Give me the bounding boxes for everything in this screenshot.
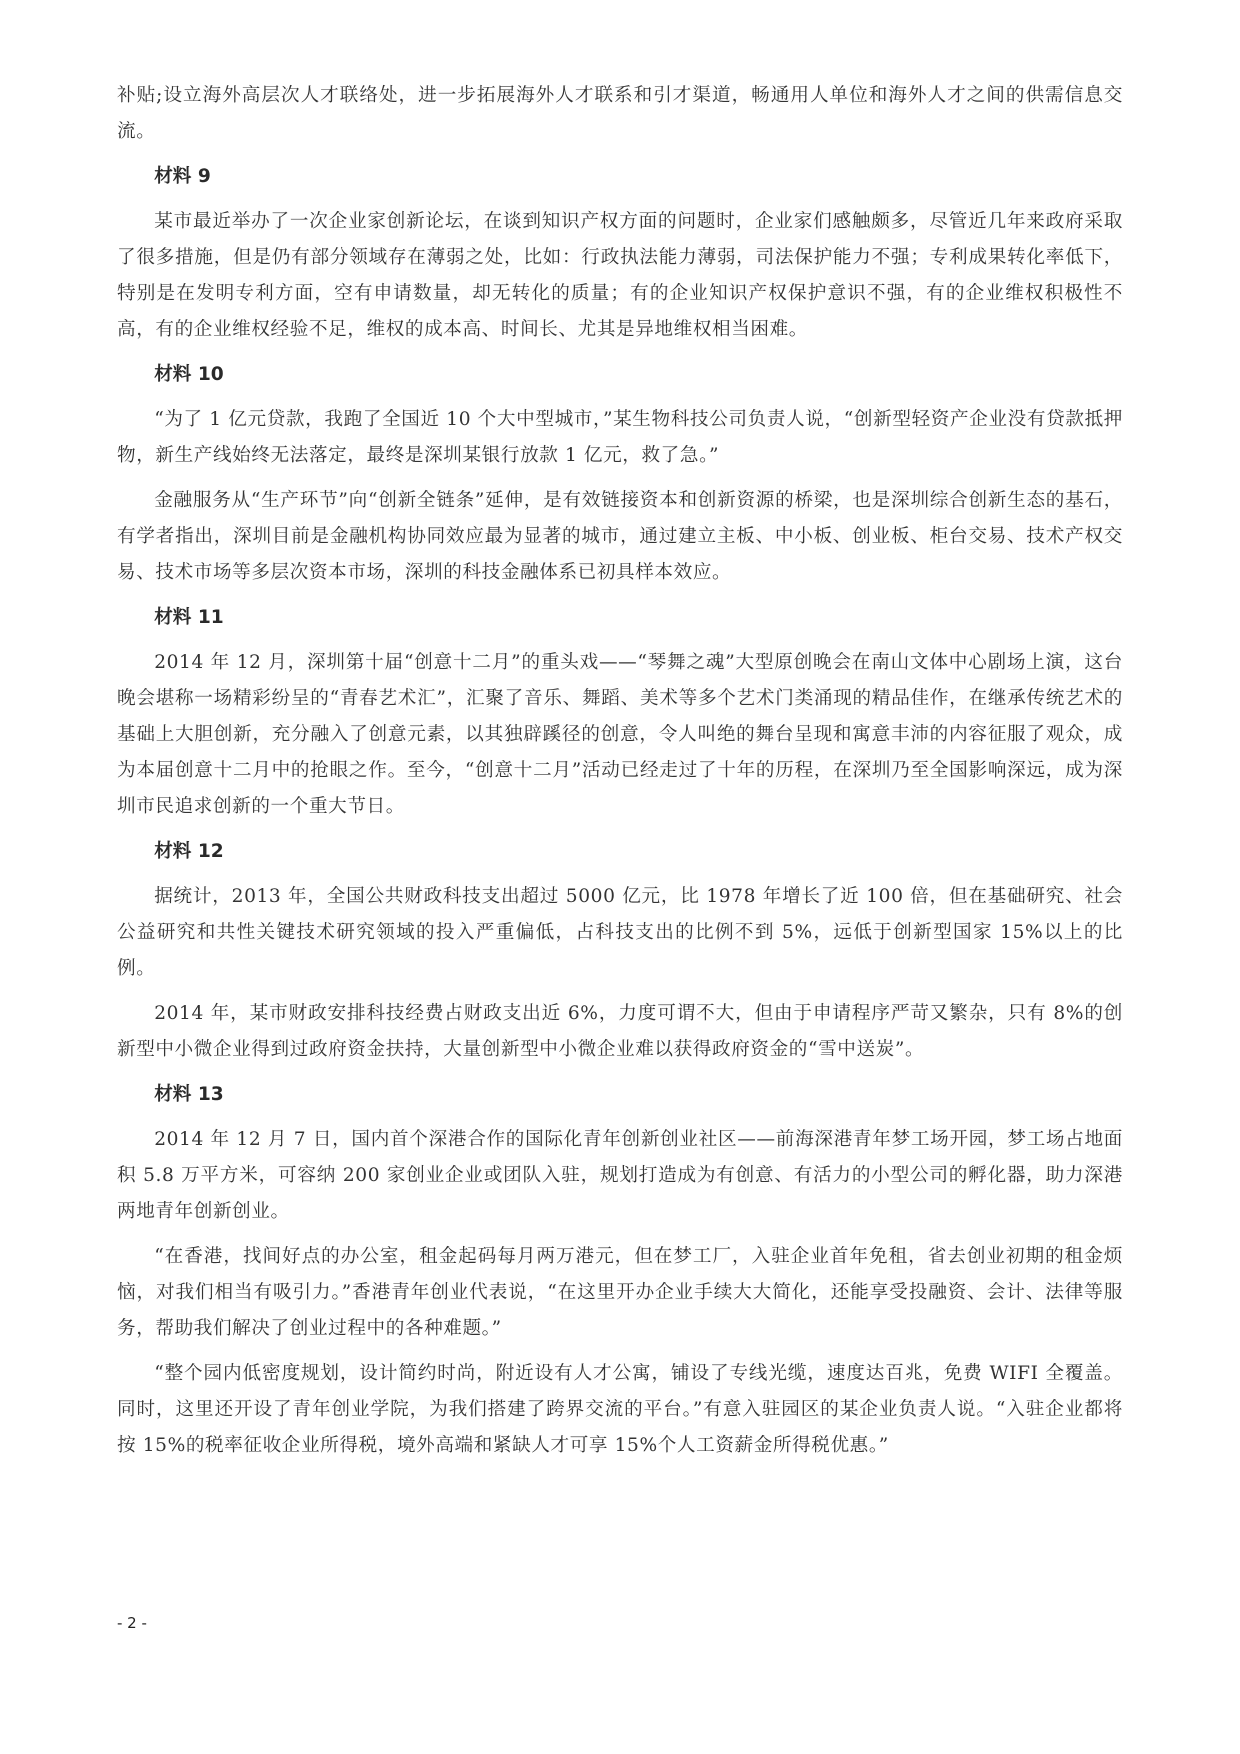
- material-10: 材料 10 “为了 1 亿元贷款，我跑了全国近 10 个大中型城市，”某生物科技…: [117, 357, 1123, 591]
- section-heading: 材料 10: [117, 357, 1123, 393]
- paragraph: “整个园内低密度规划，设计简约时尚，附近设有人才公寓，铺设了专线光缆，速度达百兆…: [117, 1356, 1123, 1464]
- section-heading: 材料 11: [117, 600, 1123, 636]
- paragraph: 2014 年，某市财政安排科技经费占财政支出近 6%，力度可谓不大，但由于申请程…: [117, 996, 1123, 1068]
- paragraph: “为了 1 亿元贷款，我跑了全国近 10 个大中型城市，”某生物科技公司负责人说…: [117, 402, 1123, 474]
- material-13: 材料 13 2014 年 12 月 7 日，国内首个深港合作的国际化青年创新创业…: [117, 1077, 1123, 1464]
- paragraph: 2014 年 12 月 7 日，国内首个深港合作的国际化青年创新创业社区——前海…: [117, 1122, 1123, 1230]
- material-12: 材料 12 据统计，2013 年，全国公共财政科技支出超过 5000 亿元，比 …: [117, 834, 1123, 1068]
- section-heading: 材料 9: [117, 159, 1123, 195]
- intro-paragraph: 补贴;设立海外高层次人才联络处，进一步拓展海外人才联系和引才渠道，畅通用人单位和…: [117, 78, 1123, 150]
- paragraph: 据统计，2013 年，全国公共财政科技支出超过 5000 亿元，比 1978 年…: [117, 879, 1123, 987]
- material-9: 材料 9 某市最近举办了一次企业家创新论坛，在谈到知识产权方面的问题时，企业家们…: [117, 159, 1123, 348]
- paragraph: 2014 年 12 月，深圳第十届“创意十二月”的重头戏——“琴舞之魂”大型原创…: [117, 645, 1123, 825]
- paragraph: 金融服务从“生产环节”向“创新全链条”延伸，是有效链接资本和创新资源的桥梁，也是…: [117, 483, 1123, 591]
- paragraph: 某市最近举办了一次企业家创新论坛，在谈到知识产权方面的问题时，企业家们感触颇多，…: [117, 204, 1123, 348]
- section-heading: 材料 13: [117, 1077, 1123, 1113]
- document-page: 补贴;设立海外高层次人才联络处，进一步拓展海外人才联系和引才渠道，畅通用人单位和…: [117, 78, 1123, 1473]
- paragraph: “在香港，找间好点的办公室，租金起码每月两万港元，但在梦工厂，入驻企业首年免租，…: [117, 1239, 1123, 1347]
- page-number: - 2 -: [117, 1614, 147, 1632]
- material-11: 材料 11 2014 年 12 月，深圳第十届“创意十二月”的重头戏——“琴舞之…: [117, 600, 1123, 825]
- section-heading: 材料 12: [117, 834, 1123, 870]
